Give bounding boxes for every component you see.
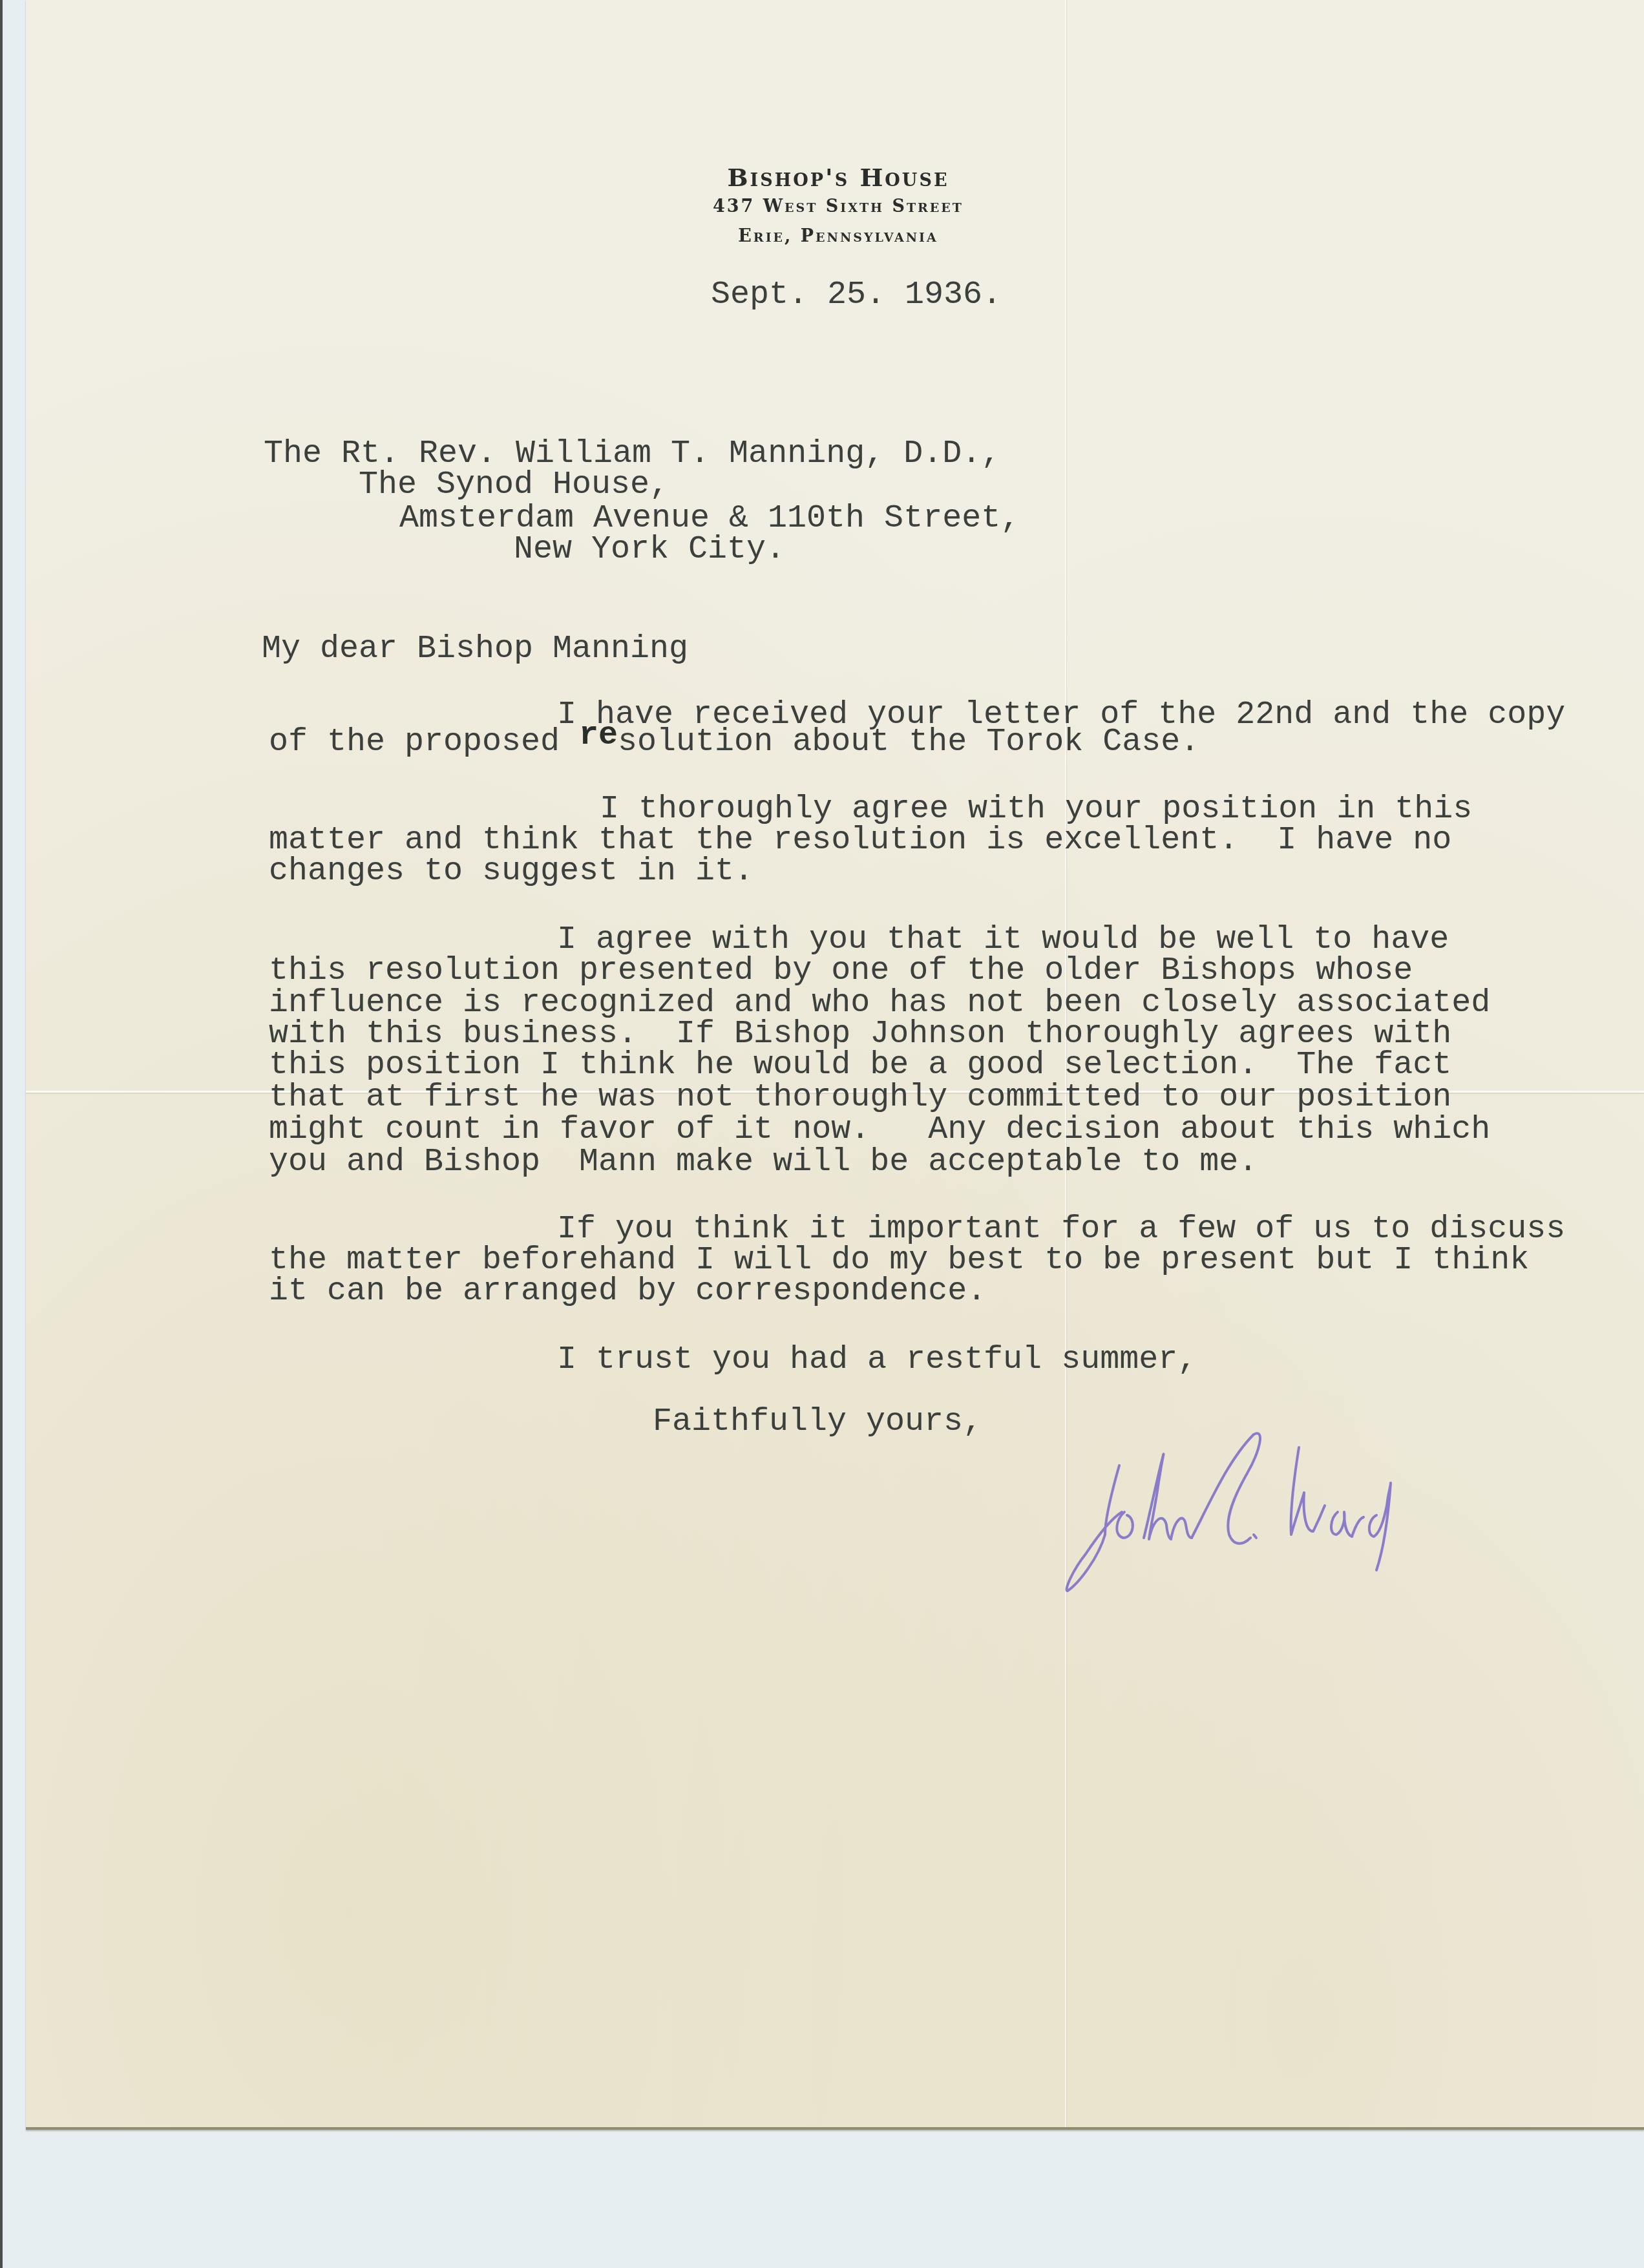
paragraph-line: this resolution presented by one of the … <box>269 955 1413 987</box>
paragraph-line: I agree with you that it would be well t… <box>557 924 1449 956</box>
paragraph-line: matter and think that the resolution is … <box>269 824 1451 857</box>
paragraph-line: the matter beforehand I will do my best … <box>269 1244 1529 1277</box>
paragraph-line: that at first he was not thoroughly comm… <box>269 1082 1451 1114</box>
recipient-line-1: The Rt. Rev. William T. Manning, D.D., <box>264 438 1000 470</box>
closing-line: I trust you had a restful summer, <box>557 1344 1197 1376</box>
paragraph-line: with this business. If Bishop Johnson th… <box>269 1018 1451 1051</box>
paragraph-line-end: solution about the Torok Case. <box>618 724 1199 761</box>
letterhead-name: Bishop's House <box>0 163 1644 192</box>
scanner-edge <box>0 0 3 2268</box>
letterhead-street: 437 West Sixth Street <box>0 196 1644 216</box>
paragraph-line: might count in favor of it now. Any deci… <box>269 1114 1490 1146</box>
paragraph-line: I thoroughly agree with your position in… <box>600 793 1472 826</box>
recipient-line-2: The Synod House, <box>359 469 669 501</box>
paragraph-line: it can be arranged by correspondence. <box>269 1276 986 1308</box>
letterhead-city: Erie, Pennsylvania <box>0 226 1644 246</box>
paragraph-line: If you think it important for a few of u… <box>557 1213 1565 1246</box>
paragraph-line: influence is recognized and who has not … <box>269 987 1490 1020</box>
paragraph-line: of the proposed resolution about the Tor… <box>269 726 1199 759</box>
recipient-line-4: New York City. <box>514 534 785 566</box>
paragraph-line: this position I think he would be a good… <box>269 1049 1451 1082</box>
handwritten-signature <box>1060 1422 1448 1615</box>
signature-icon <box>1060 1422 1448 1615</box>
paragraph-line: changes to suggest in it. <box>269 856 753 888</box>
salutation: My dear Bishop Manning <box>262 633 688 666</box>
recipient-line-3: Amsterdam Avenue & 110th Street, <box>399 503 1020 535</box>
valediction: Faithfully yours, <box>653 1406 982 1438</box>
letter-date: Sept. 25. 1936. <box>711 279 1002 311</box>
paragraph-line: you and Bishop Mann make will be accepta… <box>269 1146 1258 1179</box>
typed-correction: re <box>579 717 618 754</box>
paragraph-line-start: of the proposed <box>269 724 579 761</box>
